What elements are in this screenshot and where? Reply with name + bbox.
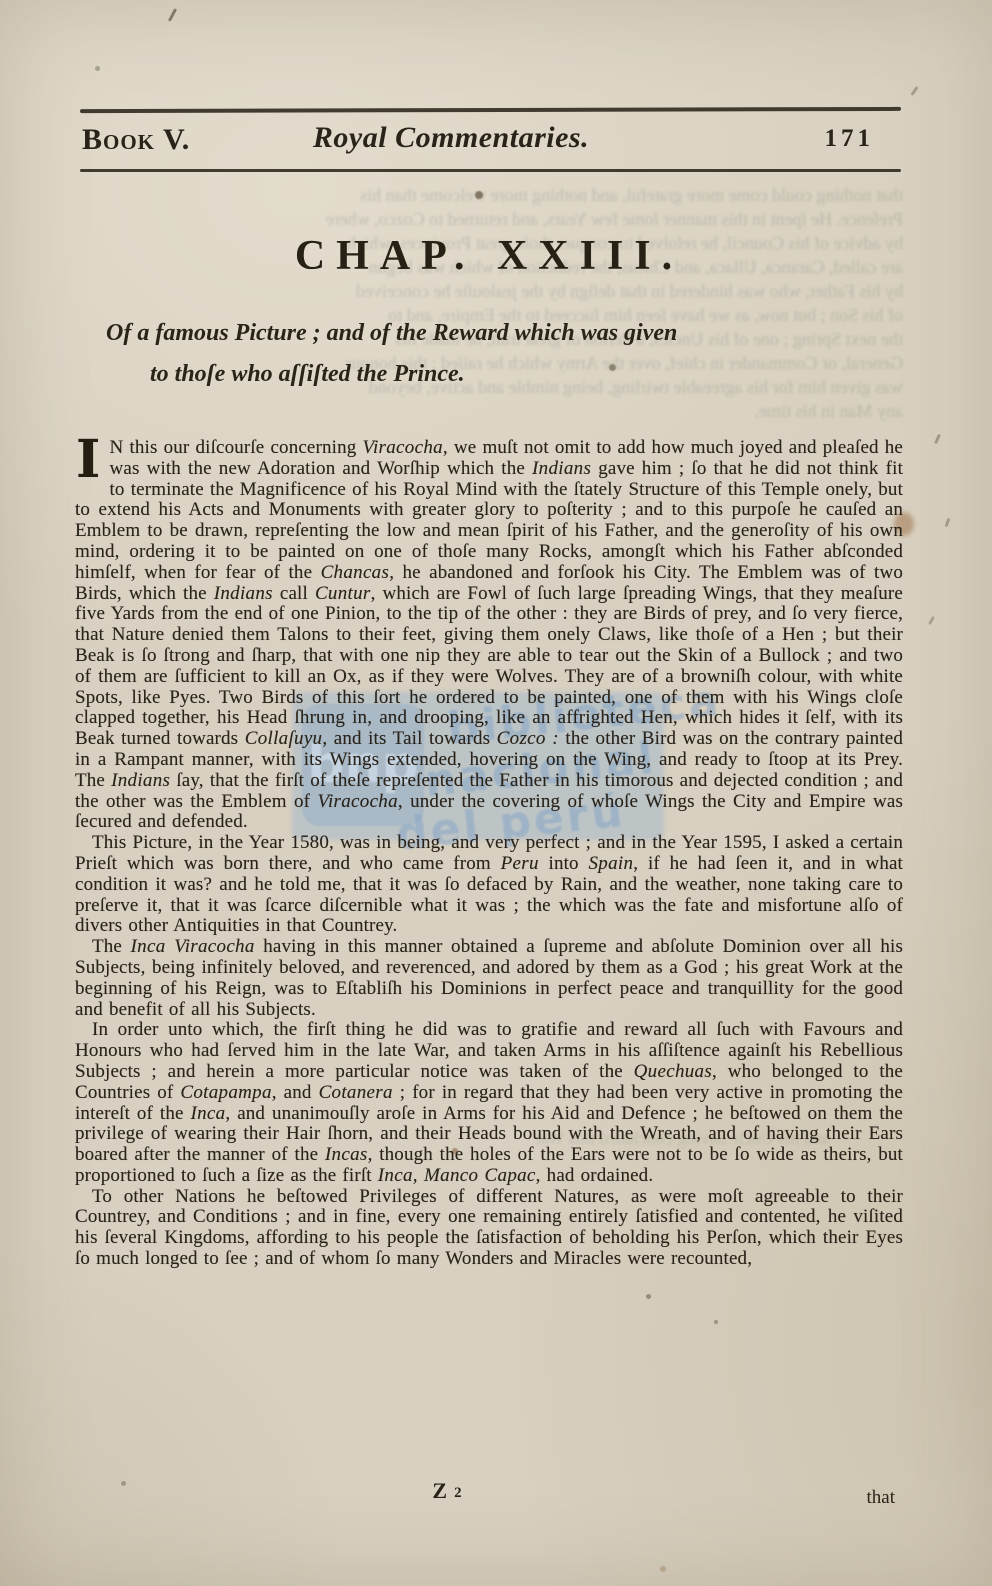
chapter-subtitle-line: Of a famous Picture ; and of the Reward …: [106, 313, 884, 354]
paragraph-text: N this our diſcourſe concerning Viracoch…: [75, 437, 903, 832]
header-rule-top: [80, 107, 901, 113]
catchword: that: [867, 1487, 896, 1509]
book-page-scan: that nothing could come more grateful, a…: [0, 0, 992, 1586]
stain: [934, 434, 941, 444]
chapter-subtitle-line: to thoſe who aſſiſted the Prince.: [150, 354, 884, 395]
stain: [95, 66, 100, 71]
signature-letter: Z: [432, 1478, 447, 1503]
stain: [168, 8, 177, 22]
header-rule-bottom: [80, 169, 901, 172]
paragraph: In order unto which, the firſt thing he …: [75, 1020, 903, 1186]
paragraph: The Inca Viracocha having in this manner…: [75, 937, 903, 1020]
chapter-subtitle: Of a famous Picture ; and of the Reward …: [106, 313, 884, 395]
page-footer: Z2 that: [75, 1478, 903, 1518]
page-number: 171: [825, 125, 875, 153]
chapter-heading: CHAP. XXIII.: [75, 232, 903, 280]
stain: [910, 86, 918, 96]
paragraph: This Picture, in the Year 1580, was in b…: [75, 833, 903, 937]
running-title: Royal Commentaries.: [40, 121, 862, 155]
signature-mark: Z2: [33, 1478, 861, 1504]
paragraph: To other Nations he beſtowed Privileges …: [75, 1187, 903, 1270]
stain: [646, 1294, 651, 1299]
body-text: IN this our diſcourſe concerning Viracoc…: [75, 438, 903, 1270]
paragraph: IN this our diſcourſe concerning Viracoc…: [75, 438, 903, 833]
stain: [714, 1320, 718, 1324]
stain: [945, 518, 951, 527]
drop-cap: I: [75, 438, 109, 481]
signature-number: 2: [454, 1485, 462, 1501]
stain: [928, 616, 935, 625]
page-header: Book V. Royal Commentaries. 171: [80, 121, 902, 167]
stain: [660, 1566, 666, 1572]
